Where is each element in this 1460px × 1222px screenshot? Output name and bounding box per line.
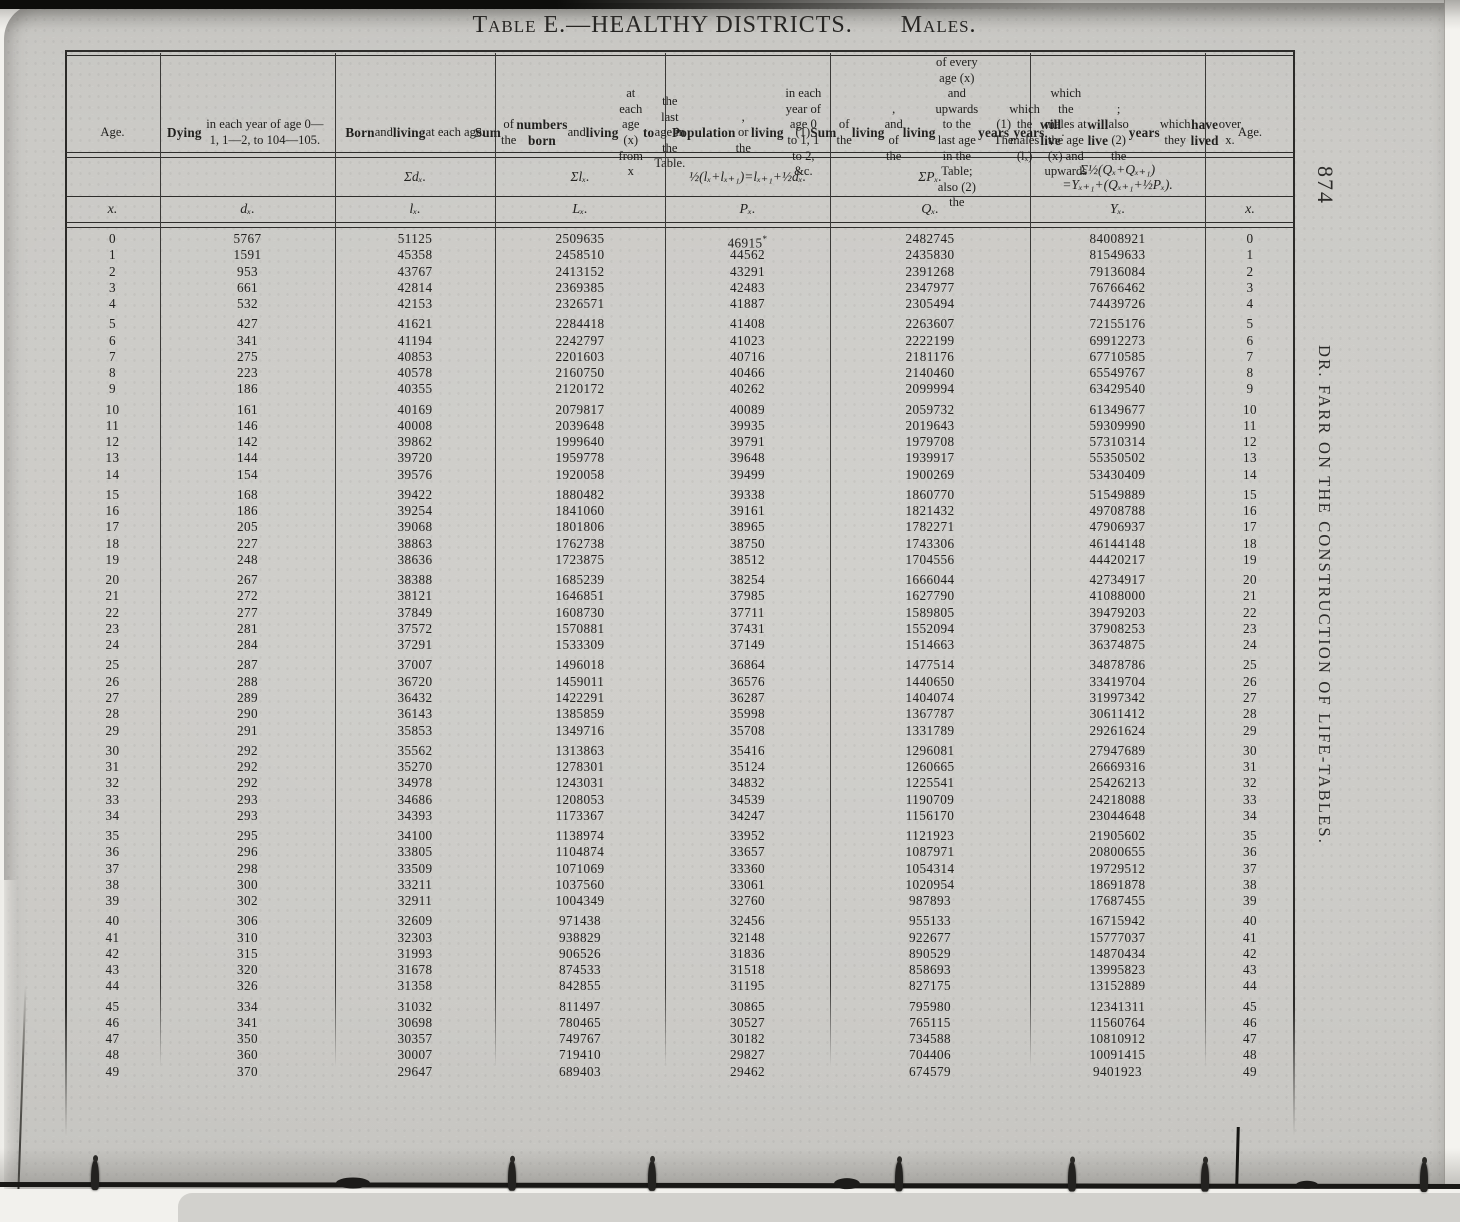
cell-lx: 30357 — [335, 1031, 495, 1047]
table-row: 41 310 32303 938829 32148 922677 1577703… — [65, 930, 1295, 946]
symbol-Yx: Yₓ. — [1030, 197, 1205, 222]
cell-Yx: 12341311 — [1030, 999, 1205, 1015]
cell-age-right: 19 — [1205, 552, 1295, 568]
cell-age-right: 18 — [1205, 536, 1295, 552]
cell-Px: 41023 — [665, 333, 830, 349]
cell-lx: 29647 — [335, 1064, 495, 1080]
cell-dx: 300 — [160, 877, 335, 893]
cell-Px: 35998 — [665, 706, 830, 722]
cell-dx: 306 — [160, 913, 335, 929]
cell-age-right: 46 — [1205, 1015, 1295, 1031]
cell-age-left: 8 — [65, 365, 160, 381]
cell-lx: 35562 — [335, 743, 495, 759]
cell-dx: 267 — [160, 572, 335, 588]
cell-lx: 33211 — [335, 877, 495, 893]
cell-age-right: 41 — [1205, 930, 1295, 946]
cell-age-left: 23 — [65, 621, 160, 637]
formula-sum-px: ΣPₓ. — [830, 157, 1030, 196]
cell-age-right: 21 — [1205, 588, 1295, 604]
cell-Lx: 2079817 — [495, 402, 665, 418]
cell-Qx: 2435830 — [830, 247, 1030, 263]
cell-Yx: 24218088 — [1030, 792, 1205, 808]
cell-age-right: 11 — [1205, 418, 1295, 434]
table-row: 46 341 30698 780465 30527 765115 1156076… — [65, 1015, 1295, 1031]
cell-Px: 39338 — [665, 487, 830, 503]
cell-Qx: 1225541 — [830, 775, 1030, 791]
cell-lx: 38388 — [335, 572, 495, 588]
cell-age-right: 48 — [1205, 1047, 1295, 1063]
cell-dx: 142 — [160, 434, 335, 450]
rule-under-symbols-2 — [65, 227, 1295, 229]
table-row: 29 291 35853 1349716 35708 1331789 29261… — [65, 723, 1295, 739]
cell-age-right: 29 — [1205, 723, 1295, 739]
cell-Px: 37985 — [665, 588, 830, 604]
cell-Yx: 37908253 — [1030, 621, 1205, 637]
cell-dx: 953 — [160, 264, 335, 280]
formula-yx: Σ½(Qₓ+Qₓ₊₁) =Yₓ₊₁+(Qₓ₊₁+½Pₓ). — [1030, 157, 1205, 196]
cell-dx: 302 — [160, 893, 335, 909]
cell-Qx: 1087971 — [830, 844, 1030, 860]
cell-age-left: 24 — [65, 637, 160, 653]
cell-age-right: 38 — [1205, 877, 1295, 893]
cell-Px: 32760 — [665, 893, 830, 909]
cell-Yx: 31997342 — [1030, 690, 1205, 706]
cell-Qx: 1404074 — [830, 690, 1030, 706]
cell-Yx: 34878786 — [1030, 657, 1205, 673]
cell-Lx: 1608730 — [495, 605, 665, 621]
cell-age-right: 40 — [1205, 913, 1295, 929]
cell-dx: 320 — [160, 962, 335, 978]
cell-Px: 40716 — [665, 349, 830, 365]
scan-bottom-margin — [0, 1189, 1460, 1222]
cell-Yx: 39479203 — [1030, 605, 1205, 621]
cell-lx: 36143 — [335, 706, 495, 722]
cell-dx: 186 — [160, 381, 335, 397]
cell-Yx: 9401923 — [1030, 1064, 1205, 1080]
cell-Px: 39161 — [665, 503, 830, 519]
cell-Qx: 1367787 — [830, 706, 1030, 722]
cell-age-left: 37 — [65, 861, 160, 877]
cell-lx: 42814 — [335, 280, 495, 296]
cell-age-right: 49 — [1205, 1064, 1295, 1080]
cell-age-right: 17 — [1205, 519, 1295, 535]
cell-age-right: 43 — [1205, 962, 1295, 978]
cell-Lx: 1762738 — [495, 536, 665, 552]
cell-dx: 154 — [160, 467, 335, 483]
cell-Yx: 42734917 — [1030, 572, 1205, 588]
cell-Qx: 1440650 — [830, 674, 1030, 690]
cell-dx: 277 — [160, 605, 335, 621]
cell-Lx: 1173367 — [495, 808, 665, 824]
symbol-dx: dₓ. — [160, 197, 335, 222]
cell-age-right: 4 — [1205, 296, 1295, 312]
cell-Px: 33061 — [665, 877, 830, 893]
table-row: 32 292 34978 1243031 34832 1225541 25426… — [65, 775, 1295, 791]
table-row: 0 5767 51125 2509635 46915* 2482745 8400… — [65, 231, 1295, 247]
cell-Px: 39648 — [665, 450, 830, 466]
cell-Px: 42483 — [665, 280, 830, 296]
cell-lx: 39862 — [335, 434, 495, 450]
cell-dx: 334 — [160, 999, 335, 1015]
cell-lx: 33805 — [335, 844, 495, 860]
cell-lx: 31993 — [335, 946, 495, 962]
cell-lx: 38636 — [335, 552, 495, 568]
cell-Qx: 1900269 — [830, 467, 1030, 483]
cell-age-right: 8 — [1205, 365, 1295, 381]
cell-Yx: 36374875 — [1030, 637, 1205, 653]
binding-stitch — [1201, 1162, 1209, 1192]
cell-Yx: 21905602 — [1030, 828, 1205, 844]
cell-Yx: 33419704 — [1030, 674, 1205, 690]
binding-shadow — [0, 1148, 1460, 1184]
cell-dx: 427 — [160, 316, 335, 332]
cell-Qx: 2099994 — [830, 381, 1030, 397]
cell-age-left: 42 — [65, 946, 160, 962]
cell-Yx: 26669316 — [1030, 759, 1205, 775]
cell-Yx: 69912273 — [1030, 333, 1205, 349]
cell-Qx: 1552094 — [830, 621, 1030, 637]
cell-Px: 38254 — [665, 572, 830, 588]
cell-Lx: 2326571 — [495, 296, 665, 312]
cell-age-right: 24 — [1205, 637, 1295, 653]
cell-lx: 40578 — [335, 365, 495, 381]
table-row: 28 290 36143 1385859 35998 1367787 30611… — [65, 706, 1295, 722]
cell-Qx: 2181176 — [830, 349, 1030, 365]
cell-Lx: 2160750 — [495, 365, 665, 381]
cell-lx: 32911 — [335, 893, 495, 909]
cell-Yx: 11560764 — [1030, 1015, 1205, 1031]
cell-age-right: 16 — [1205, 503, 1295, 519]
binding-blot — [336, 1177, 370, 1188]
cell-dx: 168 — [160, 487, 335, 503]
cell-Yx: 65549767 — [1030, 365, 1205, 381]
table-row: 15 168 39422 1880482 39338 1860770 51549… — [65, 487, 1295, 503]
cell-lx: 43767 — [335, 264, 495, 280]
cell-Px: 31195 — [665, 978, 830, 994]
cell-age-right: 33 — [1205, 792, 1295, 808]
symbol-Qx: Qₓ. — [830, 197, 1030, 222]
cell-Qx: 765115 — [830, 1015, 1030, 1031]
cell-lx: 31358 — [335, 978, 495, 994]
cell-age-right: 35 — [1205, 828, 1295, 844]
cell-age-left: 6 — [65, 333, 160, 349]
binding-stitch — [91, 1160, 99, 1190]
table-body: 0 5767 51125 2509635 46915* 2482745 8400… — [65, 231, 1295, 1080]
cell-Qx: 2140460 — [830, 365, 1030, 381]
cell-age-right: 25 — [1205, 657, 1295, 673]
cell-Lx: 1243031 — [495, 775, 665, 791]
table-row: 49 370 29647 689403 29462 674579 9401923… — [65, 1064, 1295, 1080]
cell-Yx: 25426213 — [1030, 775, 1205, 791]
cell-dx: 341 — [160, 333, 335, 349]
cell-lx: 33509 — [335, 861, 495, 877]
cell-dx: 295 — [160, 828, 335, 844]
cell-age-left: 41 — [65, 930, 160, 946]
cell-Lx: 842855 — [495, 978, 665, 994]
cell-Yx: 72155176 — [1030, 316, 1205, 332]
table-row: 34 293 34393 1173367 34247 1156170 23044… — [65, 808, 1295, 824]
cell-dx: 341 — [160, 1015, 335, 1031]
cell-Qx: 2222199 — [830, 333, 1030, 349]
cell-age-right: 12 — [1205, 434, 1295, 450]
table-row: 2 953 43767 2413152 43291 2391268 791360… — [65, 264, 1295, 280]
cell-age-right: 13 — [1205, 450, 1295, 466]
cell-dx: 293 — [160, 792, 335, 808]
cell-age-left: 15 — [65, 487, 160, 503]
cell-Px: 38965 — [665, 519, 830, 535]
cell-Yx: 13995823 — [1030, 962, 1205, 978]
cell-lx: 36720 — [335, 674, 495, 690]
cell-Yx: 29261624 — [1030, 723, 1205, 739]
cell-age-left: 11 — [65, 418, 160, 434]
cell-lx: 45358 — [335, 247, 495, 263]
cell-age-left: 49 — [65, 1064, 160, 1080]
cell-lx: 42153 — [335, 296, 495, 312]
cell-lx: 30007 — [335, 1047, 495, 1063]
table-row: 17 205 39068 1801806 38965 1782271 47906… — [65, 519, 1295, 535]
cell-age-right: 22 — [1205, 605, 1295, 621]
cell-Px: 41408 — [665, 316, 830, 332]
cell-Yx: 74439726 — [1030, 296, 1205, 312]
cell-Qx: 674579 — [830, 1064, 1030, 1080]
table-row: 10 161 40169 2079817 40089 2059732 61349… — [65, 402, 1295, 418]
cell-Lx: 811497 — [495, 999, 665, 1015]
cell-age-left: 10 — [65, 402, 160, 418]
cell-Qx: 955133 — [830, 913, 1030, 929]
table-row: 16 186 39254 1841060 39161 1821432 49708… — [65, 503, 1295, 519]
cell-age-right: 39 — [1205, 893, 1295, 909]
cell-Px: 37149 — [665, 637, 830, 653]
formula-px: ½(lₓ+lₓ₊₁)=lₓ₊₁+½dₓ. — [665, 157, 830, 196]
cell-age-right: 30 — [1205, 743, 1295, 759]
cell-dx: 272 — [160, 588, 335, 604]
cell-Qx: 1782271 — [830, 519, 1030, 535]
cell-dx: 532 — [160, 296, 335, 312]
cell-Px: 36576 — [665, 674, 830, 690]
cell-dx: 287 — [160, 657, 335, 673]
cell-lx: 35270 — [335, 759, 495, 775]
cell-age-right: 5 — [1205, 316, 1295, 332]
table-row: 6 341 41194 2242797 41023 2222199 699122… — [65, 333, 1295, 349]
cell-age-left: 3 — [65, 280, 160, 296]
cell-Qx: 1821432 — [830, 503, 1030, 519]
cell-age-left: 36 — [65, 844, 160, 860]
cell-dx: 289 — [160, 690, 335, 706]
cell-Qx: 827175 — [830, 978, 1030, 994]
cell-age-right: 37 — [1205, 861, 1295, 877]
cell-Qx: 1156170 — [830, 808, 1030, 824]
cell-lx: 34978 — [335, 775, 495, 791]
cell-age-left: 45 — [65, 999, 160, 1015]
cell-Yx: 41088000 — [1030, 588, 1205, 604]
cell-age-left: 19 — [65, 552, 160, 568]
cell-Qx: 1296081 — [830, 743, 1030, 759]
cell-Px: 40466 — [665, 365, 830, 381]
cell-age-left: 35 — [65, 828, 160, 844]
cell-lx: 38863 — [335, 536, 495, 552]
cell-age-left: 25 — [65, 657, 160, 673]
cell-Yx: 27947689 — [1030, 743, 1205, 759]
cell-lx: 32303 — [335, 930, 495, 946]
cell-dx: 186 — [160, 503, 335, 519]
cell-lx: 35853 — [335, 723, 495, 739]
cell-Lx: 938829 — [495, 930, 665, 946]
cell-Yx: 10091415 — [1030, 1047, 1205, 1063]
cell-Yx: 59309990 — [1030, 418, 1205, 434]
cell-age-left: 20 — [65, 572, 160, 588]
cell-Yx: 30611412 — [1030, 706, 1205, 722]
cell-Px: 33952 — [665, 828, 830, 844]
table-row: 45 334 31032 811497 30865 795980 1234131… — [65, 999, 1295, 1015]
cell-Yx: 67710585 — [1030, 349, 1205, 365]
page-paper: Table E.—HEALTHY DISTRICTS.Males. Age. — [4, 3, 1445, 1191]
table-row: 23 281 37572 1570881 37431 1552094 37908… — [65, 621, 1295, 637]
cell-Qx: 1121923 — [830, 828, 1030, 844]
cell-Yx: 20800655 — [1030, 844, 1205, 860]
table-row: 36 296 33805 1104874 33657 1087971 20800… — [65, 844, 1295, 860]
cell-age-left: 29 — [65, 723, 160, 739]
cell-age-right: 9 — [1205, 381, 1295, 397]
cell-Yx: 76766462 — [1030, 280, 1205, 296]
cell-Px: 39791 — [665, 434, 830, 450]
cell-Lx: 1920058 — [495, 467, 665, 483]
cell-age-left: 33 — [65, 792, 160, 808]
cell-dx: 284 — [160, 637, 335, 653]
cell-Lx: 1278301 — [495, 759, 665, 775]
cell-Yx: 55350502 — [1030, 450, 1205, 466]
cell-age-left: 46 — [65, 1015, 160, 1031]
cell-Lx: 1349716 — [495, 723, 665, 739]
cell-Qx: 2347977 — [830, 280, 1030, 296]
cell-dx: 290 — [160, 706, 335, 722]
cell-age-left: 7 — [65, 349, 160, 365]
table-row: 37 298 33509 1071069 33360 1054314 19729… — [65, 861, 1295, 877]
table-row: 25 287 37007 1496018 36864 1477514 34878… — [65, 657, 1295, 673]
cell-dx: 275 — [160, 349, 335, 365]
cell-dx: 292 — [160, 759, 335, 775]
cell-dx: 205 — [160, 519, 335, 535]
cell-Px: 40262 — [665, 381, 830, 397]
table-row: 3 661 42814 2369385 42483 2347977 767664… — [65, 280, 1295, 296]
cell-age-right: 23 — [1205, 621, 1295, 637]
cell-Lx: 1071069 — [495, 861, 665, 877]
cell-Px: 34247 — [665, 808, 830, 824]
cell-Qx: 1190709 — [830, 792, 1030, 808]
formula-blank-1 — [65, 157, 160, 196]
cell-lx: 37007 — [335, 657, 495, 673]
table-row: 42 315 31993 906526 31836 890529 1487043… — [65, 946, 1295, 962]
cell-age-left: 5 — [65, 316, 160, 332]
cell-Yx: 51549889 — [1030, 487, 1205, 503]
cell-Qx: 1939917 — [830, 450, 1030, 466]
cell-Px: 32148 — [665, 930, 830, 946]
cell-lx: 39254 — [335, 503, 495, 519]
cell-Px: 35124 — [665, 759, 830, 775]
cell-Px: 33657 — [665, 844, 830, 860]
life-table: Age. Dying in each year of age 0—1, 1—2,… — [65, 50, 1295, 1136]
cell-Yx: 44420217 — [1030, 552, 1205, 568]
cell-Lx: 1459011 — [495, 674, 665, 690]
cell-Lx: 1533309 — [495, 637, 665, 653]
formula-sum-lx: Σlₓ. — [495, 157, 665, 196]
table-row: 24 284 37291 1533309 37149 1514663 36374… — [65, 637, 1295, 653]
binding-stitch — [1420, 1162, 1428, 1192]
cell-Px: 38512 — [665, 552, 830, 568]
cell-age-left: 4 — [65, 296, 160, 312]
cell-Yx: 15777037 — [1030, 930, 1205, 946]
table-row: 21 272 38121 1646851 37985 1627790 41088… — [65, 588, 1295, 604]
table-row: 35 295 34100 1138974 33952 1121923 21905… — [65, 828, 1295, 844]
cell-Qx: 2391268 — [830, 264, 1030, 280]
cell-Px: 35708 — [665, 723, 830, 739]
cell-Lx: 906526 — [495, 946, 665, 962]
cell-Yx: 16715942 — [1030, 913, 1205, 929]
cell-Qx: 1704556 — [830, 552, 1030, 568]
cell-Px: 30527 — [665, 1015, 830, 1031]
cell-Qx: 2019643 — [830, 418, 1030, 434]
table-row: 33 293 34686 1208053 34539 1190709 24218… — [65, 792, 1295, 808]
cell-Lx: 2201603 — [495, 349, 665, 365]
cell-Yx: 14870434 — [1030, 946, 1205, 962]
cell-age-left: 44 — [65, 978, 160, 994]
cell-Px: 34832 — [665, 775, 830, 791]
cell-age-left: 9 — [65, 381, 160, 397]
cell-Lx: 971438 — [495, 913, 665, 929]
cell-dx: 661 — [160, 280, 335, 296]
cell-dx: 291 — [160, 723, 335, 739]
cell-Lx: 1841060 — [495, 503, 665, 519]
table-row: 18 227 38863 1762738 38750 1743306 46144… — [65, 536, 1295, 552]
cell-Yx: 79136084 — [1030, 264, 1205, 280]
cell-age-right: 44 — [1205, 978, 1295, 994]
cell-lx: 31678 — [335, 962, 495, 978]
cell-Qx: 1627790 — [830, 588, 1030, 604]
cell-dx: 288 — [160, 674, 335, 690]
cell-Qx: 1020954 — [830, 877, 1030, 893]
cell-dx: 161 — [160, 402, 335, 418]
cell-Yx: 18691878 — [1030, 877, 1205, 893]
page-left-curl-highlight — [0, 880, 18, 1192]
cell-dx: 298 — [160, 861, 335, 877]
cell-age-right: 42 — [1205, 946, 1295, 962]
table-row: 1 1591 45358 2458510 44562 2435830 81549… — [65, 247, 1295, 263]
cell-lx: 40008 — [335, 418, 495, 434]
binding-stitch — [648, 1161, 656, 1191]
cell-age-left: 12 — [65, 434, 160, 450]
cell-age-right: 36 — [1205, 844, 1295, 860]
cell-age-left: 21 — [65, 588, 160, 604]
cell-dx: 350 — [160, 1031, 335, 1047]
cell-lx: 30698 — [335, 1015, 495, 1031]
cell-dx: 248 — [160, 552, 335, 568]
next-page-sliver — [178, 1193, 1460, 1222]
cell-age-right: 10 — [1205, 402, 1295, 418]
cell-Lx: 2458510 — [495, 247, 665, 263]
cell-age-left: 48 — [65, 1047, 160, 1063]
cell-Px: 40089 — [665, 402, 830, 418]
cell-Lx: 2120172 — [495, 381, 665, 397]
cell-Px: 36287 — [665, 690, 830, 706]
cell-dx: 292 — [160, 775, 335, 791]
cell-dx: 315 — [160, 946, 335, 962]
cell-Px: 39935 — [665, 418, 830, 434]
cell-Lx: 2242797 — [495, 333, 665, 349]
binding-stitch — [895, 1161, 903, 1191]
cell-dx: 223 — [160, 365, 335, 381]
cell-Qx: 1054314 — [830, 861, 1030, 877]
page-number: 874 — [1312, 166, 1338, 205]
cell-Lx: 2284418 — [495, 316, 665, 332]
